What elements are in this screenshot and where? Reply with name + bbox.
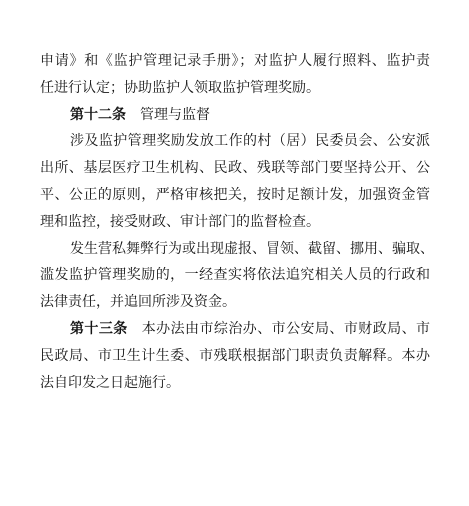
article-12-number: 第十二条 (70, 108, 126, 123)
document-body: 申请》和《监护管理记录手册》；对监护人履行照料、监护责 任进行认定；协助监护人领… (40, 49, 430, 397)
text-line: 法律责任，并追回所涉及资金。 (40, 290, 430, 317)
text-line: 发生营私舞弊行为或出现虚报、冒领、截留、挪用、骗取、 (40, 237, 430, 264)
article-13-number: 第十三条 (70, 322, 128, 337)
article-13-text: 本办法由市综治办、市公安局、市财政局、市 (142, 322, 430, 337)
text-line: 涉及监护管理奖励发放工作的村（居）民委员会、公安派 (40, 129, 430, 156)
text-line: 平、公正的原则，严格审核把关，按时足额计发，加强资金管 (40, 183, 430, 210)
document-page: 申请》和《监护管理记录手册》；对监护人履行照料、监护责 任进行认定；协助监护人领… (0, 0, 469, 506)
text-line: 民政局、市卫生计生委、市残联根据部门职责负责解释。本办 (40, 344, 430, 371)
text-line: 任进行认定；协助监护人领取监护管理奖励。 (40, 76, 430, 103)
article-13-heading: 第十三条本办法由市综治办、市公安局、市财政局、市 (40, 317, 430, 344)
article-12-title: 管理与监督 (140, 108, 210, 123)
article-12-heading: 第十二条管理与监督 (40, 103, 430, 130)
text-line: 理和监控，接受财政、审计部门的监督检查。 (40, 210, 430, 237)
text-line: 滥发监护管理奖励的，一经查实将依法追究相关人员的行政和 (40, 263, 430, 290)
text-line: 出所、基层医疗卫生机构、民政、残联等部门要坚持公开、公 (40, 156, 430, 183)
text-line: 法自印发之日起施行。 (40, 371, 430, 398)
text-line-continuation: 申请》和《监护管理记录手册》；对监护人履行照料、监护责 (40, 49, 430, 76)
